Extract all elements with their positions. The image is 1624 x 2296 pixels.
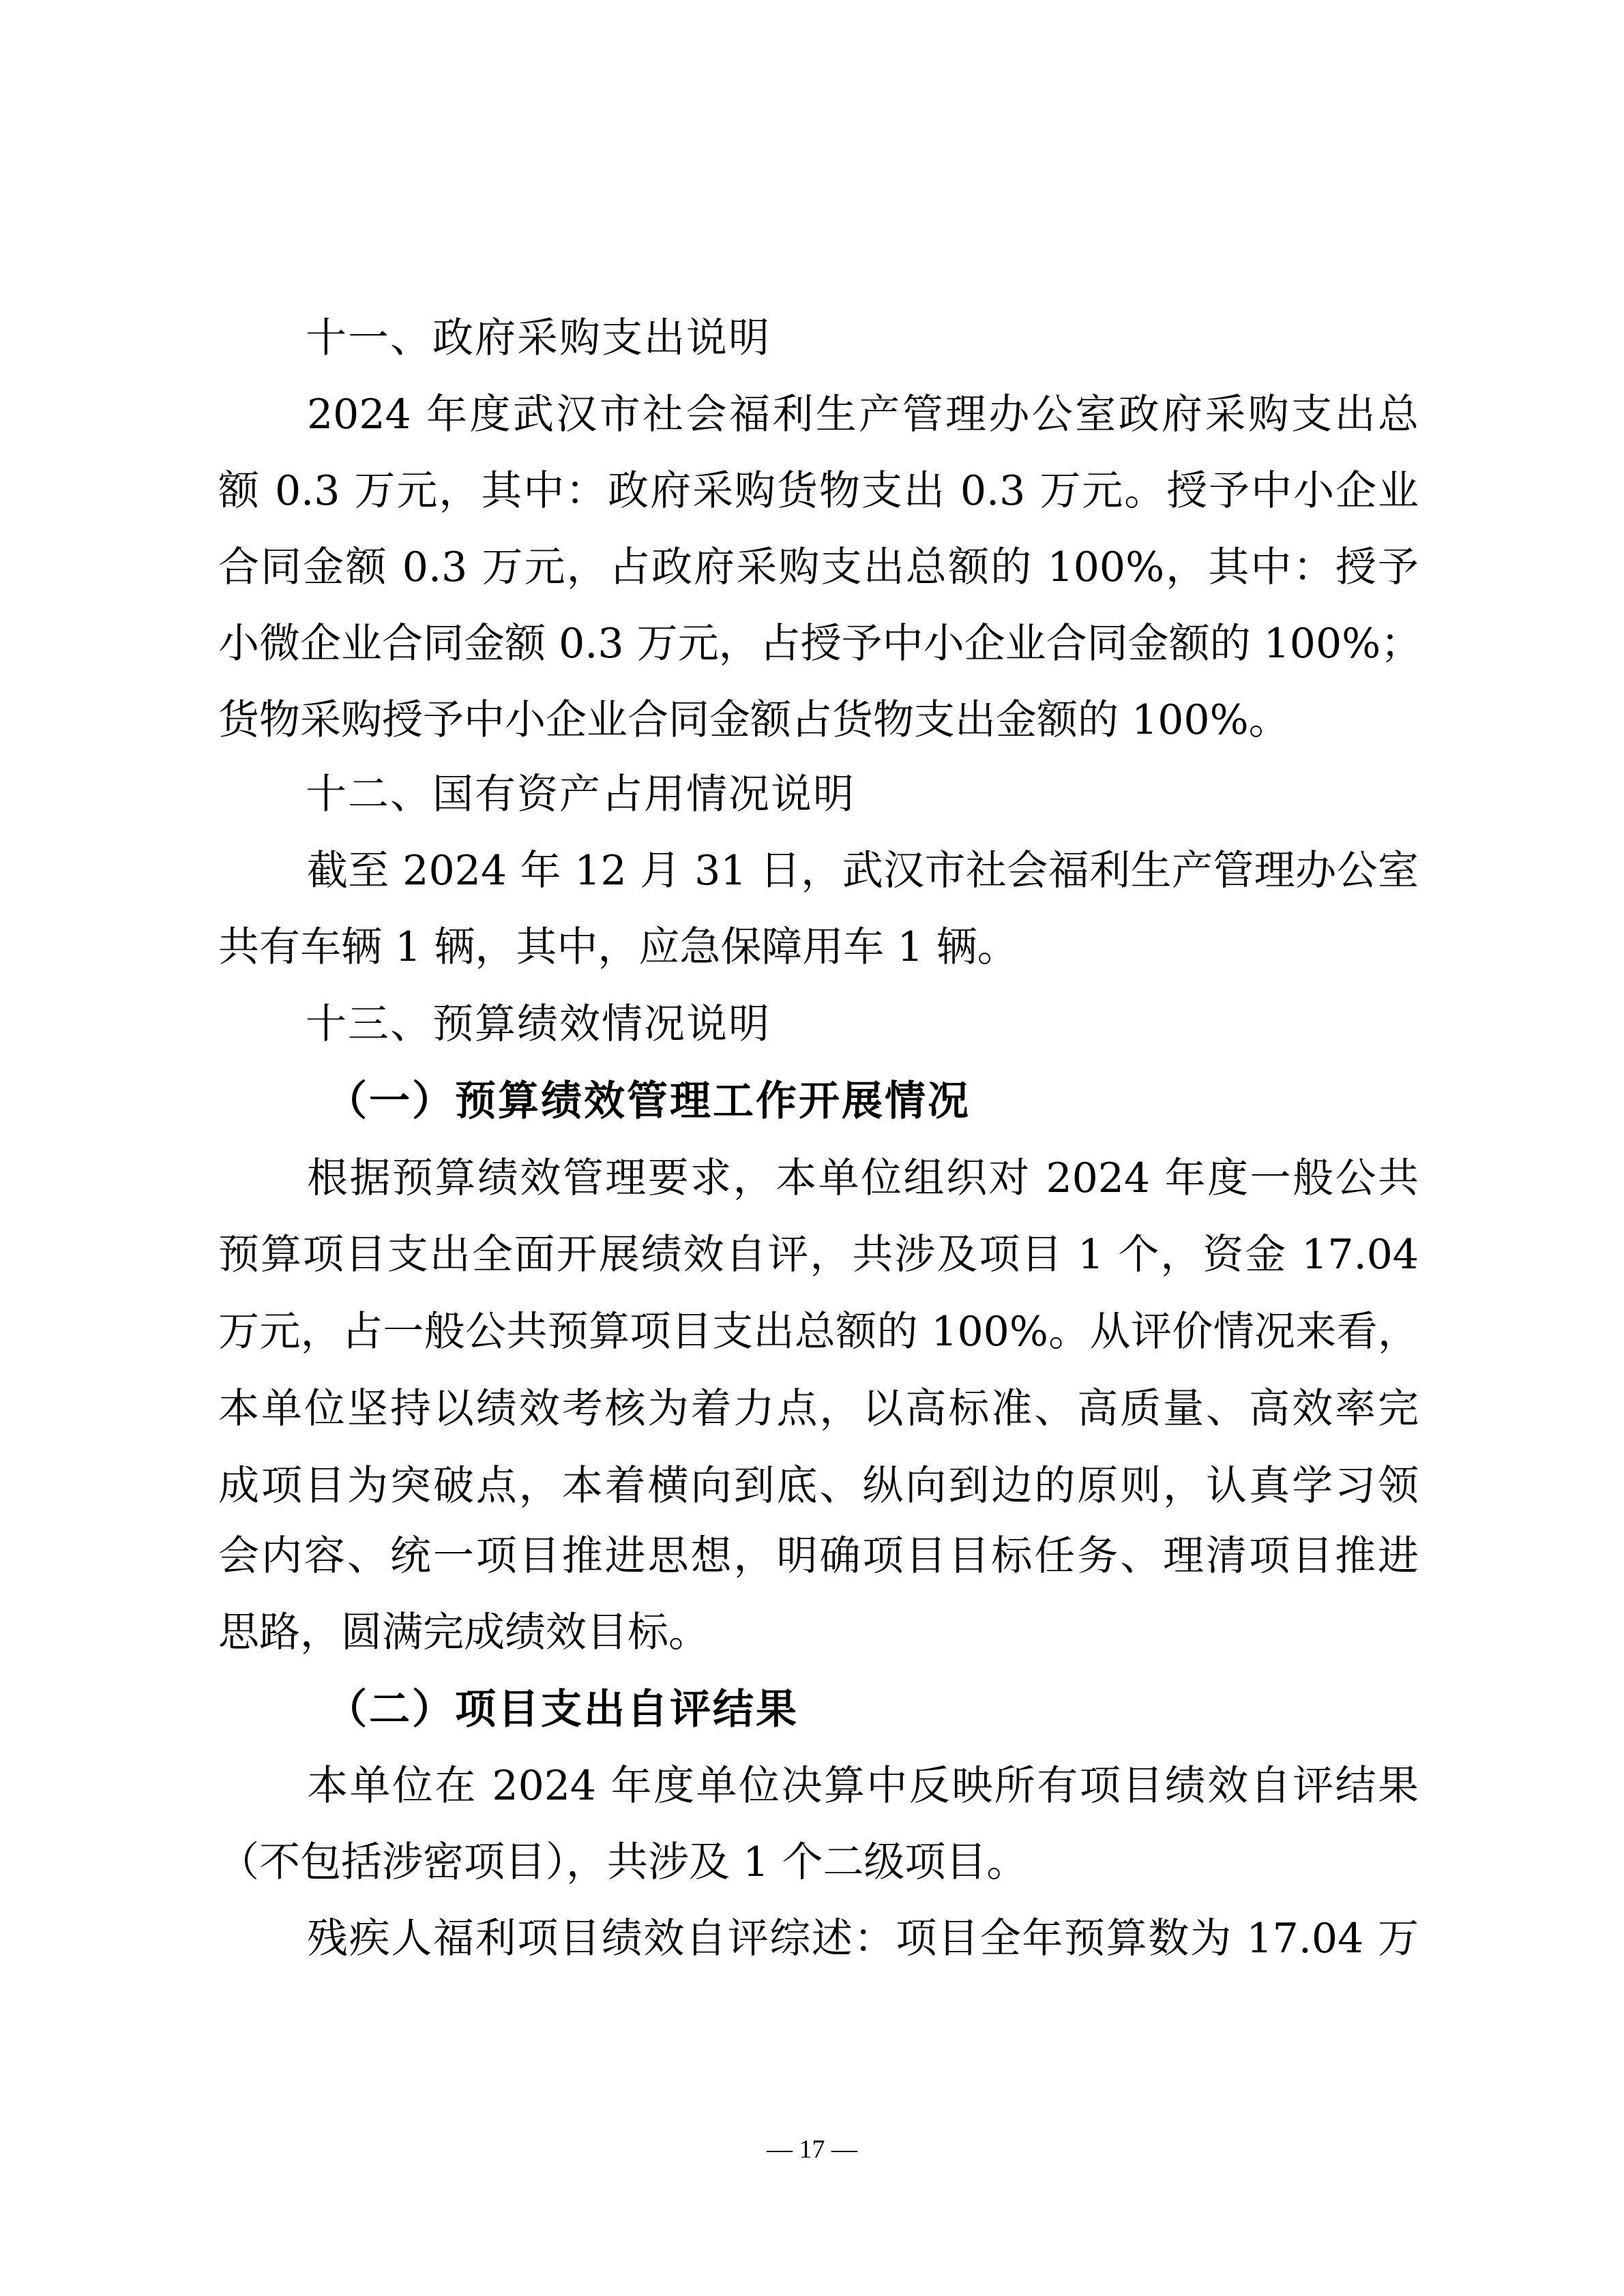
paragraph-line: 合同金额 0.3 万元，占政府采购支出总额的 100%，其中：授予 <box>218 529 1419 606</box>
paragraph-line: 额 0.3 万元，其中：政府采购货物支出 0.3 万元。授予中小企业 <box>218 453 1419 529</box>
page-number: — 17 — <box>0 2133 1624 2166</box>
subsection-heading-1: （一）预算绩效管理工作开展情况 <box>326 1063 971 1139</box>
paragraph-line: 根据预算绩效管理要求，本单位组织对 2024 年度一般公共 <box>307 1140 1419 1217</box>
document-page: 十一、政府采购支出说明 2024 年度武汉市社会福利生产管理办公室政府采购支出总… <box>0 0 1624 2296</box>
section-heading-12: 十二、国有资产占用情况说明 <box>306 756 855 833</box>
paragraph-line: 本单位坚持以绩效考核为着力点，以高标准、高质量、高效率完 <box>218 1371 1419 1447</box>
paragraph-line: 万元，占一般公共预算项目支出总额的 100%。从评价情况来看， <box>218 1294 1419 1370</box>
paragraph-line: 成项目为突破点，本着横向到底、纵向到边的原则，认真学习领 <box>218 1448 1419 1524</box>
paragraph-line: 共有车辆 1 辆，其中，应急保障用车 1 辆。 <box>218 909 1419 985</box>
paragraph-line: 货物采购授予中小企业合同金额占货物支出金额的 100%。 <box>218 682 1419 758</box>
paragraph-line: 2024 年度武汉市社会福利生产管理办公室政府采购支出总 <box>307 376 1419 453</box>
paragraph-line: 预算项目支出全面开展绩效自评，共涉及项目 1 个，资金 17.04 <box>218 1217 1419 1293</box>
paragraph-line: 思路，圆满完成绩效目标。 <box>218 1594 1419 1671</box>
paragraph-line: 小微企业合同金额 0.3 万元，占授予中小企业合同金额的 100%； <box>218 606 1419 682</box>
section-heading-11: 十一、政府采购支出说明 <box>306 300 771 376</box>
paragraph-line: 会内容、统一项目推进思想，明确项目目标任务、理清项目推进 <box>218 1518 1419 1594</box>
section-heading-13: 十三、预算绩效情况说明 <box>306 986 771 1062</box>
paragraph-line: 本单位在 2024 年度单位决算中反映所有项目绩效自评结果 <box>307 1748 1419 1824</box>
subsection-heading-2: （二）项目支出自评结果 <box>326 1671 799 1748</box>
paragraph-line: 残疾人福利项目绩效自评综述：项目全年预算数为 17.04 万 <box>307 1900 1419 1977</box>
paragraph-line: 截至 2024 年 12 月 31 日，武汉市社会福利生产管理办公室 <box>307 833 1419 909</box>
paragraph-line: （不包括涉密项目），共涉及 1 个二级项目。 <box>218 1824 1419 1900</box>
